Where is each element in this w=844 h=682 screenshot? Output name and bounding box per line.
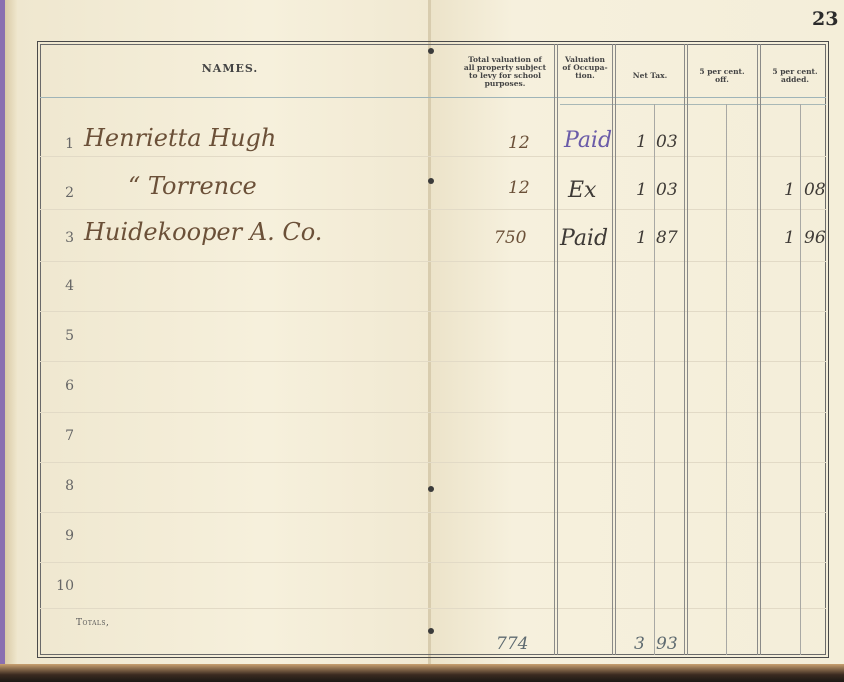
- cents-divider: [726, 104, 727, 655]
- binding-hole: [428, 628, 434, 634]
- book-bottom-shadow: [0, 664, 844, 682]
- binding-hole: [428, 486, 434, 492]
- row-rule: [40, 562, 826, 563]
- row-number: 6: [48, 378, 74, 394]
- five-added-dollars: 1: [784, 180, 795, 200]
- net-tax-dollars: 1: [636, 180, 647, 200]
- valuation-value: 12: [508, 133, 530, 153]
- occupation-status: Paid: [560, 226, 608, 251]
- row-number: 4: [48, 278, 74, 294]
- totals-valuation: 774: [496, 634, 528, 654]
- five-added-cents: 96: [804, 228, 826, 248]
- column-divider: [757, 44, 758, 655]
- valuation-value: 12: [508, 178, 530, 198]
- net-tax-cents: 87: [656, 228, 678, 248]
- row-rule: [40, 462, 826, 463]
- names-header: NAMES.: [40, 62, 420, 75]
- binding-hole: [428, 48, 434, 54]
- five-percent-added-header: 5 per cent. added.: [764, 68, 826, 84]
- page-number: 23: [812, 8, 838, 30]
- total-valuation-header: Total valuation of all property subject …: [462, 56, 548, 88]
- row-rule: [40, 261, 826, 262]
- column-divider: [684, 44, 685, 655]
- column-divider: [687, 44, 688, 655]
- column-divider: [554, 44, 555, 655]
- row-number: 5: [48, 328, 74, 344]
- column-divider: [612, 44, 613, 655]
- binding-hole: [428, 178, 434, 184]
- column-divider: [557, 44, 558, 655]
- valuation-value: 750: [494, 228, 526, 248]
- cents-divider: [654, 104, 655, 655]
- net-tax-header: Net Tax.: [618, 72, 682, 80]
- net-tax-cents: 03: [656, 180, 678, 200]
- taxpayer-name: Henrietta Hugh: [84, 124, 276, 152]
- ledger-book: 23 NAMES. Total valuation of all propert…: [0, 0, 844, 672]
- taxpayer-name: Huidekooper A. Co.: [84, 218, 322, 246]
- five-added-cents: 08: [804, 180, 826, 200]
- occupation-status: Ex: [568, 178, 596, 203]
- row-number: 1: [48, 136, 74, 152]
- five-added-dollars: 1: [784, 228, 795, 248]
- row-number: 9: [48, 528, 74, 544]
- page-stack-edge: [5, 0, 17, 672]
- totals-label: Totals,: [76, 618, 109, 628]
- column-divider: [615, 44, 616, 655]
- row-rule: [40, 209, 826, 210]
- row-number: 10: [48, 578, 74, 594]
- header-subrule: [560, 104, 826, 105]
- row-rule: [40, 156, 826, 157]
- header-rule: [40, 97, 826, 98]
- row-number: 8: [48, 478, 74, 494]
- taxpayer-name: “ Torrence: [128, 172, 257, 200]
- cents-divider: [800, 104, 801, 655]
- totals-net-tax-cents: 93: [656, 634, 678, 654]
- five-percent-off-header: 5 per cent. off.: [692, 68, 752, 84]
- row-rule: [40, 361, 826, 362]
- row-number: 3: [48, 230, 74, 246]
- net-tax-cents: 03: [656, 132, 678, 152]
- totals-net-tax-dollars: 3: [634, 634, 645, 654]
- net-tax-dollars: 1: [636, 132, 647, 152]
- row-rule: [40, 311, 826, 312]
- column-divider: [760, 44, 761, 655]
- row-rule: [40, 512, 826, 513]
- occupation-status: Paid: [564, 128, 612, 153]
- row-number: 2: [48, 185, 74, 201]
- row-number: 7: [48, 428, 74, 444]
- valuation-occupation-header: Valuation of Occupa- tion.: [561, 56, 609, 80]
- row-rule: [40, 412, 826, 413]
- row-rule: [40, 608, 826, 609]
- net-tax-dollars: 1: [636, 228, 647, 248]
